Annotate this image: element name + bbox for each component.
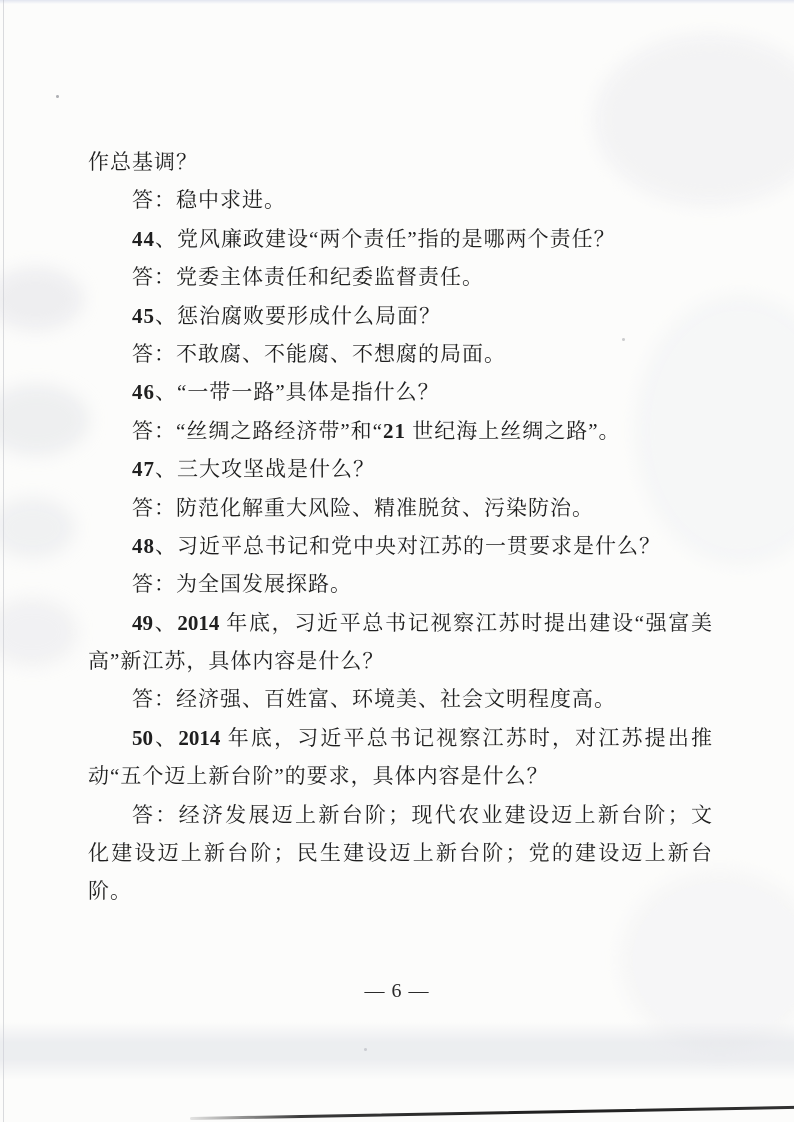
paper-bleed-smudge xyxy=(0,598,78,666)
document-text-block: 作总基调？ 答：稳中求进。 44、党风廉政建设“两个责任”指的是哪两个责任？ 答… xyxy=(88,143,712,911)
paper-bleed-smudge xyxy=(0,498,75,558)
document-line: 答：防范化解重大风险、精准脱贫、污染防治。 xyxy=(88,489,712,527)
document-line: 46、“一带一路”具体是指什么？ xyxy=(88,373,712,411)
document-line: 答：“丝绸之路经济带”和“21 世纪海上丝绸之路”。 xyxy=(88,412,712,450)
document-line: 高”新江苏，具体内容是什么？ xyxy=(88,642,712,680)
scan-speck xyxy=(56,95,59,98)
document-line: 化建设迈上新台阶；民生建设迈上新台阶；党的建设迈上新台 xyxy=(88,834,712,872)
document-line: 答：经济发展迈上新台阶；现代农业建设迈上新台阶；文 xyxy=(88,796,712,834)
document-line: 答：党委主体责任和纪委监督责任。 xyxy=(88,258,712,296)
document-line: 48、习近平总书记和党中央对江苏的一贯要求是什么？ xyxy=(88,527,712,565)
document-line: 47、三大攻坚战是什么？ xyxy=(88,450,712,488)
document-line: 50、2014 年底，习近平总书记视察江苏时，对江苏提出推 xyxy=(88,719,712,757)
document-line: 答：不敢腐、不能腐、不想腐的局面。 xyxy=(88,335,712,373)
document-line: 答：为全国发展探路。 xyxy=(88,565,712,603)
document-line: 49、2014 年底，习近平总书记视察江苏时提出建设“强富美 xyxy=(88,604,712,642)
document-line: 阶。 xyxy=(88,872,712,910)
document-line: 作总基调？ xyxy=(88,143,712,181)
scan-bottom-edge-line xyxy=(190,1106,794,1120)
scan-left-edge-line xyxy=(3,0,4,1122)
document-line: 45、惩治腐败要形成什么局面？ xyxy=(88,297,712,335)
paper-bleed-smudge xyxy=(0,385,89,455)
bottom-bleed-band xyxy=(0,1022,794,1080)
page-number: — 6 — xyxy=(0,980,794,1003)
document-line: 44、党风廉政建设“两个责任”指的是哪两个责任？ xyxy=(88,220,712,258)
scanned-document-page: 作总基调？ 答：稳中求进。 44、党风廉政建设“两个责任”指的是哪两个责任？ 答… xyxy=(0,0,794,1122)
document-line: 动“五个迈上新台阶”的要求，具体内容是什么？ xyxy=(88,757,712,795)
paper-bleed-smudge xyxy=(0,268,83,330)
document-line: 答：经济强、百姓富、环境美、社会文明程度高。 xyxy=(88,680,712,718)
scan-top-edge xyxy=(0,0,794,4)
document-line: 答：稳中求进。 xyxy=(88,181,712,219)
